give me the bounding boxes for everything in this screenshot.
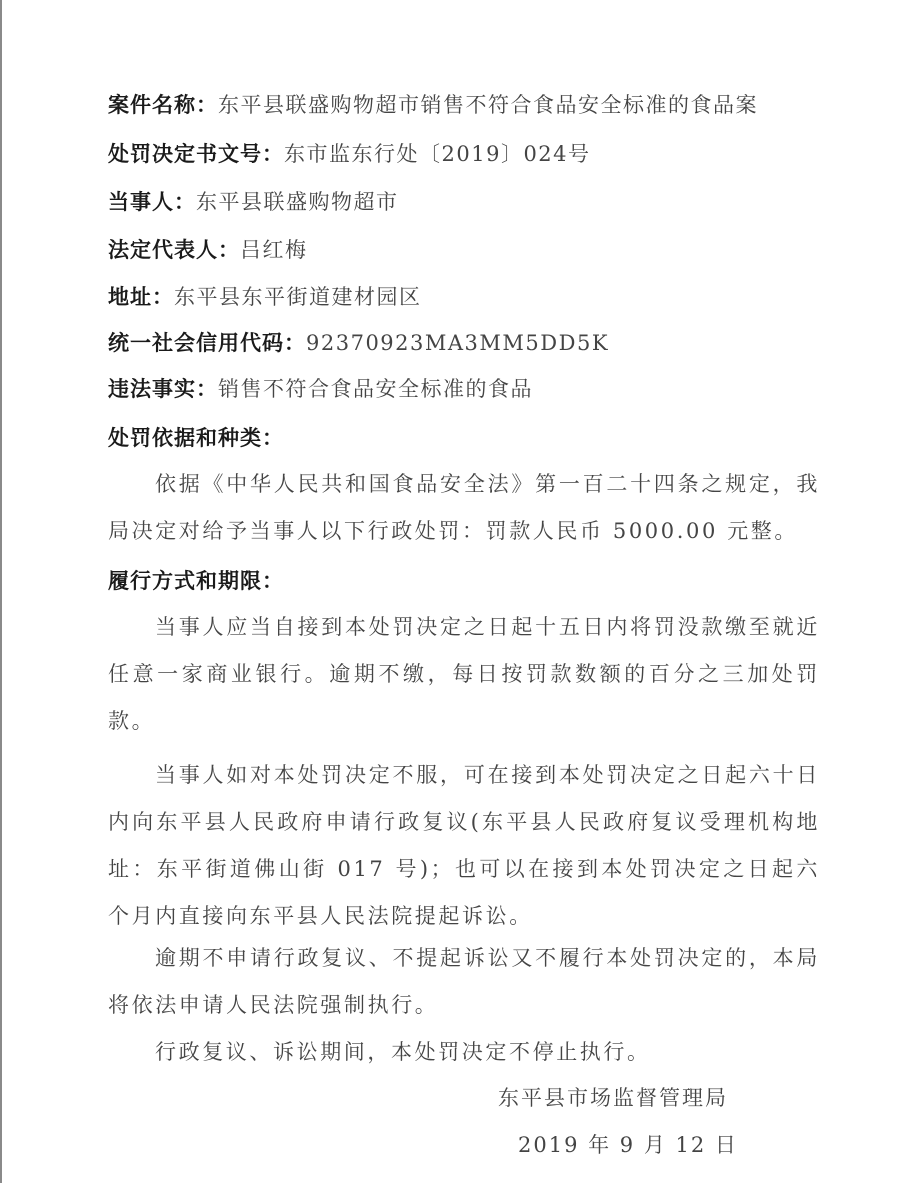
section-heading: 处罚依据和种类： bbox=[108, 426, 284, 450]
issue-date: 2019 年 9 月 12 日 bbox=[518, 1132, 738, 1158]
field-label: 当事人： bbox=[108, 190, 196, 214]
field-label: 处罚决定书文号： bbox=[108, 142, 284, 166]
field-party: 当事人：东平县联盛购物超市 bbox=[108, 189, 399, 215]
performance-paragraph-payment: 当事人应当自接到本处罚决定之日起十五日内将罚没款缴至就近任意一家商业银行。逾期不… bbox=[108, 604, 820, 745]
field-decision-number: 处罚决定书文号：东市监东行处〔2019〕024号 bbox=[108, 141, 591, 167]
field-value: 吕红梅 bbox=[240, 238, 308, 262]
field-credit-code: 统一社会信用代码：92370923MA3MM5DD5K bbox=[108, 330, 609, 356]
section-heading: 履行方式和期限： bbox=[108, 569, 284, 593]
penalty-basis-heading: 处罚依据和种类： bbox=[108, 425, 284, 451]
performance-paragraph-enforcement: 逾期不申请行政复议、不提起诉讼又不履行本处罚决定的，本局将依法申请人民法院强制执… bbox=[108, 935, 820, 1029]
performance-paragraph-appeal: 当事人如对本处罚决定不服，可在接到本处罚决定之日起六十日内向东平县人民政府申请行… bbox=[108, 752, 820, 940]
performance-paragraph-no-suspension: 行政复议、诉讼期间，本处罚决定不停止执行。 bbox=[108, 1029, 820, 1076]
field-label: 违法事实： bbox=[108, 377, 218, 401]
field-label: 法定代表人： bbox=[108, 238, 240, 262]
field-value: 东平县联盛购物超市 bbox=[196, 190, 399, 214]
field-value: 销售不符合食品安全标准的食品 bbox=[218, 377, 533, 401]
field-label: 统一社会信用代码： bbox=[108, 331, 306, 355]
field-value: 东平县东平街道建材园区 bbox=[174, 285, 422, 309]
field-value: 92370923MA3MM5DD5K bbox=[306, 331, 609, 355]
performance-heading: 履行方式和期限： bbox=[108, 568, 284, 594]
field-case-name: 案件名称：东平县联盛购物超市销售不符合食品安全标准的食品案 bbox=[108, 92, 758, 118]
field-address: 地址：东平县东平街道建材园区 bbox=[108, 284, 422, 310]
field-value: 东市监东行处〔2019〕024号 bbox=[284, 142, 591, 166]
field-violation-facts: 违法事实：销售不符合食品安全标准的食品 bbox=[108, 376, 533, 402]
field-label: 案件名称： bbox=[108, 93, 218, 117]
field-value: 东平县联盛购物超市销售不符合食品安全标准的食品案 bbox=[218, 93, 758, 117]
field-label: 地址： bbox=[108, 285, 174, 309]
field-legal-representative: 法定代表人：吕红梅 bbox=[108, 237, 308, 263]
penalty-basis-paragraph: 依据《中华人民共和国食品安全法》第一百二十四条之规定，我局决定对给予当事人以下行… bbox=[108, 461, 820, 555]
scan-left-edge bbox=[0, 0, 2, 1183]
issuing-authority: 东平县市场监督管理局 bbox=[498, 1085, 728, 1111]
